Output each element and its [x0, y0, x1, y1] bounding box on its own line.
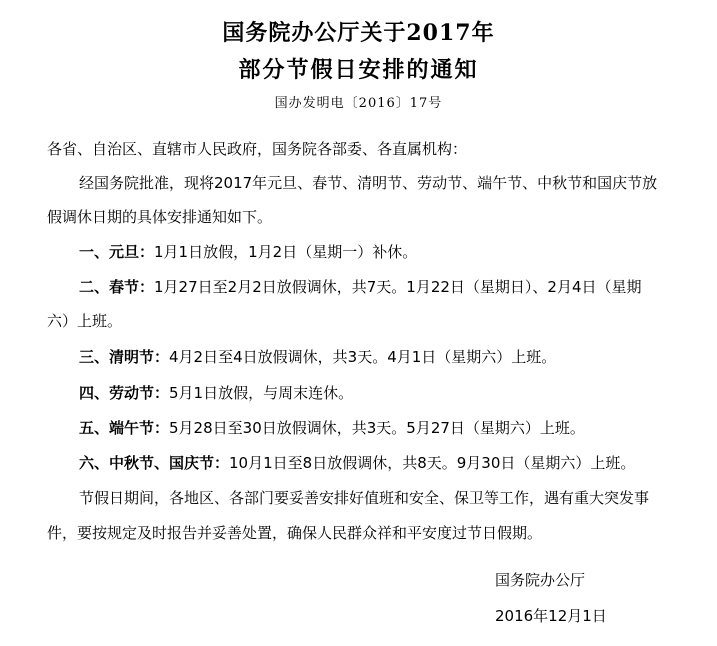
intro-line-1: 经国务院批准，现将2017年元旦、春节、清明节、劳动节、端午节、中秋节和国庆节放: [47, 166, 709, 200]
item-dragon-boat: 五、端午节：5月28日至30日放假调休，共3天。5月27日（星期六）上班。: [47, 411, 709, 445]
document-number: 国办发明电〔2016〕17号: [0, 92, 717, 111]
item-text: 1月1日放假，1月2日（星期一）补休。: [154, 243, 417, 261]
title-line-1: 国务院办公厅关于2017年: [0, 16, 717, 47]
item-label: 六、中秋节、国庆节：: [79, 454, 229, 472]
item-mid-autumn-national-day: 六、中秋节、国庆节：10月1日至8日放假调休，共8天。9月30日（星期六）上班。: [47, 446, 709, 480]
item-text: 1月27日至2月2日放假调休，共7天。1月22日（星期日）、2月4日（星期: [154, 278, 641, 296]
salutation: 各省、自治区、直辖市人民政府，国务院各部委、各直属机构：: [47, 132, 677, 166]
item-label: 三、清明节：: [79, 348, 169, 366]
item-text: 10月1日至8日放假调休，共8天。9月30日（星期六）上班。: [229, 454, 635, 472]
item-label: 二、春节：: [79, 278, 154, 296]
item-spring-festival-cont: 六）上班。: [47, 304, 677, 338]
item-label: 五、端午节：: [79, 419, 169, 437]
intro-line-2: 假调休日期的具体安排通知如下。: [47, 200, 677, 234]
notice-document: 国务院办公厅关于2017年 部分节假日安排的通知 国办发明电〔2016〕17号 …: [0, 0, 717, 646]
item-qingming: 三、清明节：4月2日至4日放假调休，共3天。4月1日（星期六）上班。: [47, 340, 709, 374]
item-spring-festival: 二、春节：1月27日至2月2日放假调休，共7天。1月22日（星期日）、2月4日（…: [47, 270, 709, 304]
item-label: 一、元旦：: [79, 243, 154, 261]
item-text: 5月28日至30日放假调休，共3天。5月27日（星期六）上班。: [169, 419, 585, 437]
item-new-year: 一、元旦：1月1日放假，1月2日（星期一）补休。: [47, 235, 709, 269]
title-line-2: 部分节假日安排的通知: [0, 53, 717, 84]
item-text: 4月2日至4日放假调休，共3天。4月1日（星期六）上班。: [169, 348, 556, 366]
signature-org: 国务院办公厅: [495, 569, 585, 590]
signature-date: 2016年12月1日: [495, 605, 607, 626]
item-labor-day: 四、劳动节：5月1日放假，与周末连休。: [47, 376, 709, 410]
item-text: 5月1日放假，与周末连休。: [169, 384, 353, 402]
closing-line-1: 节假日期间，各地区、各部门要妥善安排好值班和安全、保卫等工作，遇有重大突发事: [47, 481, 709, 515]
item-label: 四、劳动节：: [79, 384, 169, 402]
closing-line-2: 件，要按规定及时报告并妥善处置，确保人民群众祥和平安度过节日假期。: [47, 516, 677, 550]
